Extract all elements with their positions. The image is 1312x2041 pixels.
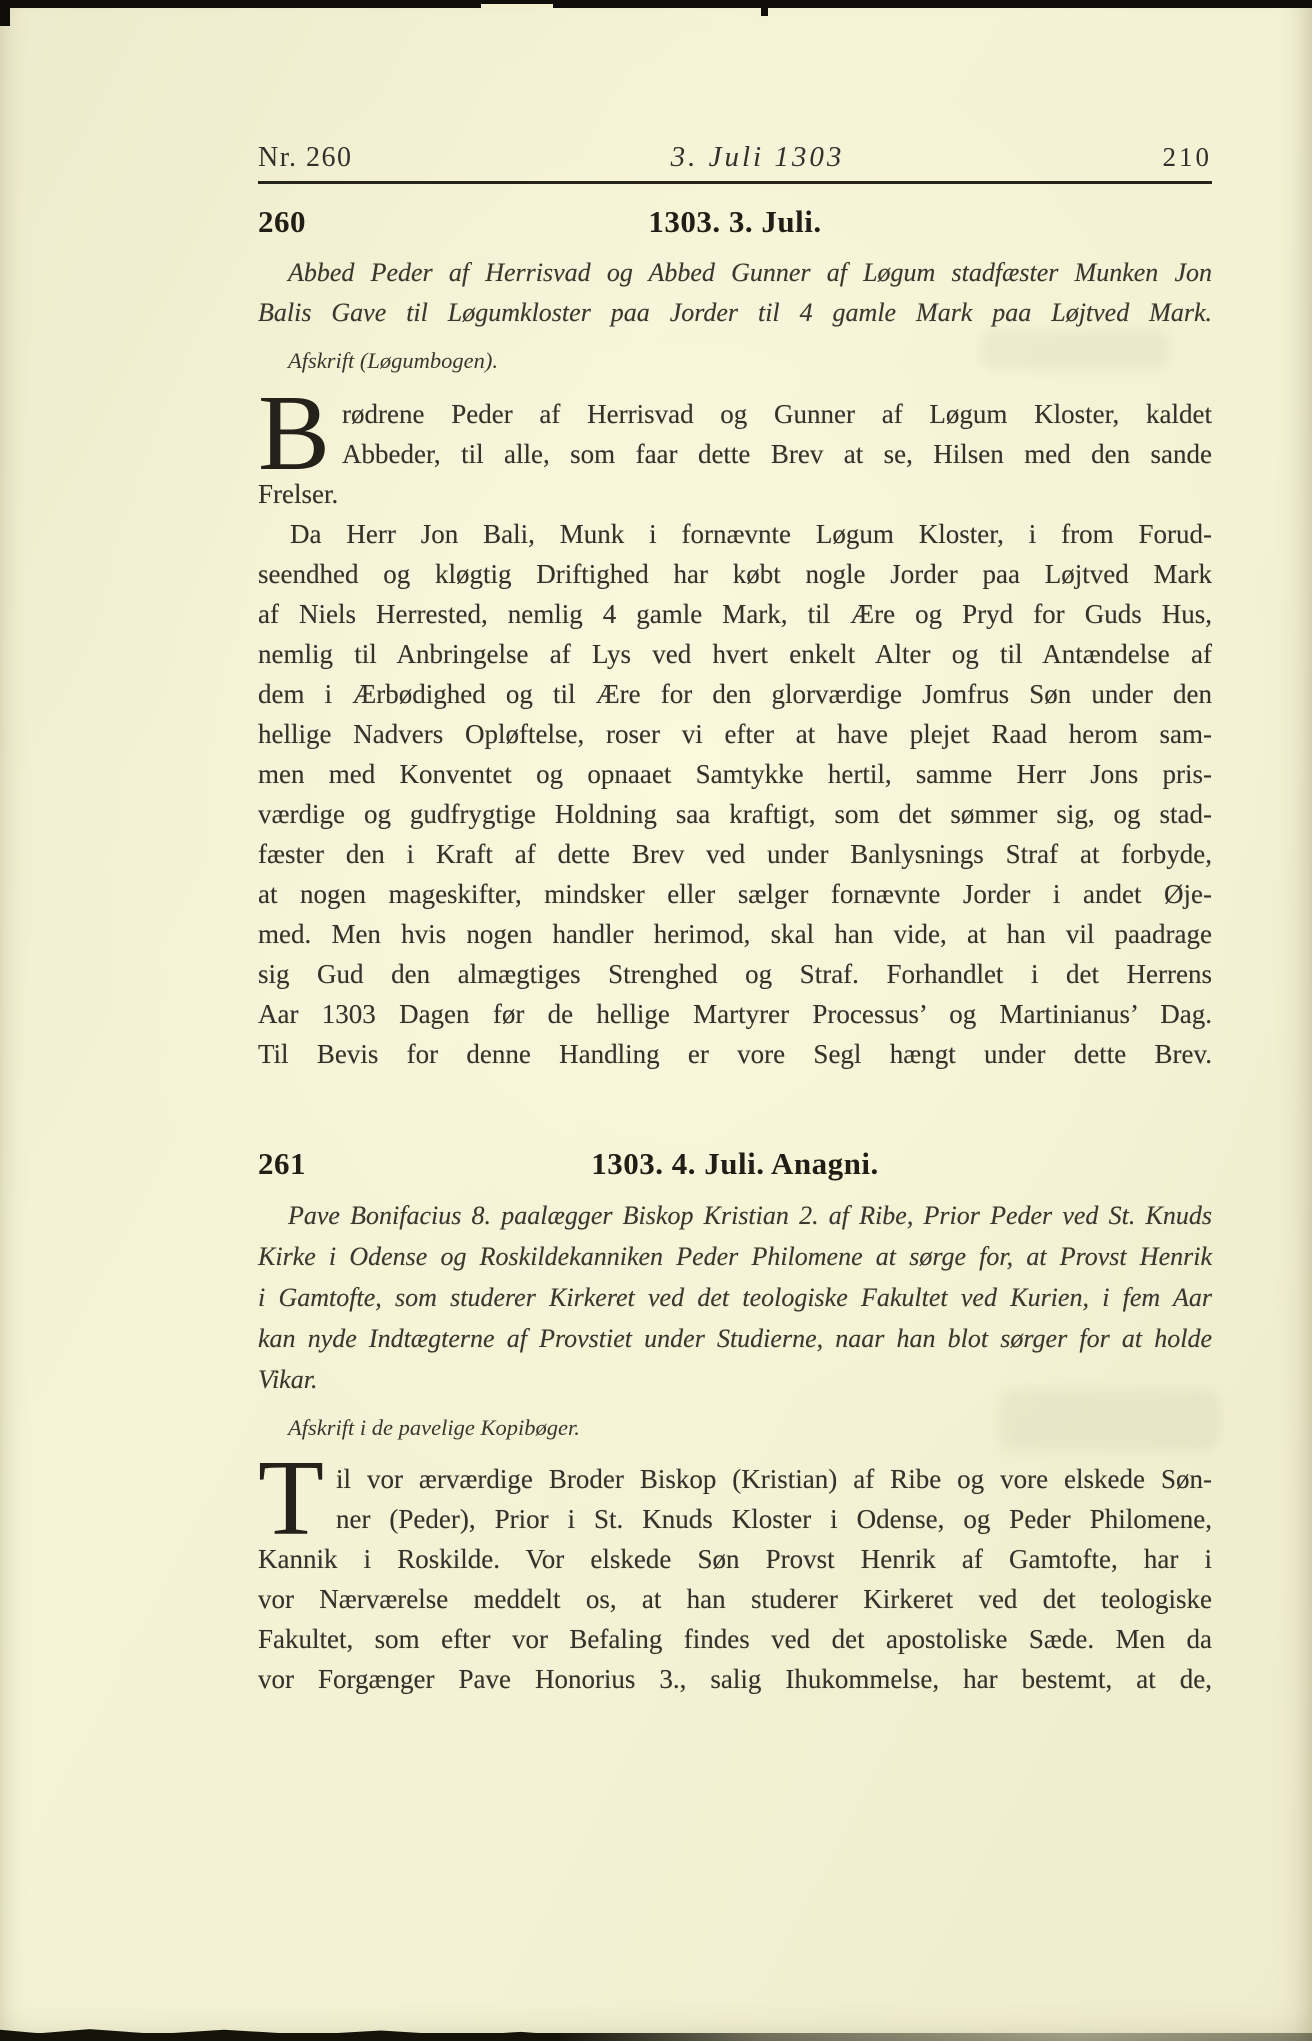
text-line: vor Nærværelse meddelt os, at han studer… [258,1579,1212,1619]
text-line: ner (Peder), Prior i St. Knuds Kloster i… [258,1499,1212,1539]
header-rule [258,181,1212,184]
text-line: Vikar. [258,1359,1212,1400]
running-header: Nr. 260 3. Juli 1303 210 [258,0,1212,174]
entry-260-source-note: Afskrift (Løgumbogen). [258,346,1212,376]
scan-edge-bottom [0,2033,1312,2041]
entry-261: 261 1303. 4. Juli. Anagni. Pave Bonifaci… [258,1146,1212,1699]
running-header-entry-number: Nr. 260 [258,142,353,174]
drop-cap-t: T [258,1459,324,1539]
entry-260-heading: 260 1303. 3. Juli. [258,204,1212,240]
text-line: i Gamtofte, som studerer Kirkeret ved de… [258,1277,1212,1318]
text-line: Frelser. [258,474,1212,514]
paragraph-text: rødrene Peder af Herrisvad og Gunner af … [258,394,1212,514]
text-line: fæster den i Kraft af dette Brev ved und… [258,834,1212,874]
scan-edge-corner [0,0,10,26]
text-line: af Niels Herrested, nemlig 4 gamle Mark,… [258,594,1212,634]
entry-260: 260 1303. 3. Juli. Abbed Peder af Herris… [258,204,1212,1074]
text-line: kan nyde Indtægterne af Provstiet under … [258,1318,1212,1359]
book-page: Nr. 260 3. Juli 1303 210 260 1303. 3. Ju… [0,0,1312,2041]
entry-260-paragraph-2: Da Herr Jon Bali, Munk i fornævnte Løgum… [258,514,1212,1074]
text-line: Abbed Peder af Herrisvad og Abbed Gunner… [258,253,1212,293]
drop-cap-b: B [258,394,330,474]
text-line: vor Forgænger Pave Honorius 3., salig Ih… [258,1659,1212,1699]
text-line: at nogen mageskifter, mindsker eller sæl… [258,874,1212,914]
entry-261-source-note: Afskrift i de pavelige Kopibøger. [258,1413,1212,1443]
running-header-date: 3. Juli 1303 [671,141,845,174]
entry-261-heading: 261 1303. 4. Juli. Anagni. [258,1146,1212,1182]
text-line: værdige og gudfrygtige Holdning saa kraf… [258,794,1212,834]
text-line: Da Herr Jon Bali, Munk i fornævnte Løgum… [258,514,1212,554]
entry-261-paragraph-1: T il vor ærværdige Broder Biskop (Kristi… [258,1459,1212,1699]
entry-260-paragraph-1: B rødrene Peder af Herrisvad og Gunner a… [258,394,1212,514]
text-line: Aar 1303 Dagen før de hellige Martyrer P… [258,994,1212,1034]
text-line: dem i Ærbødighed og til Ære for den glor… [258,674,1212,714]
text-line: men med Konventet og opnaaet Samtykke he… [258,754,1212,794]
text-line: Pave Bonifacius 8. paalægger Biskop Kris… [258,1195,1212,1236]
text-line: Balis Gave til Løgumkloster paa Jorder t… [258,293,1212,333]
page-number: 210 [1163,142,1213,173]
text-line: Abbeder, til alle, som faar dette Brev a… [258,434,1212,474]
page-content: Nr. 260 3. Juli 1303 210 260 1303. 3. Ju… [258,0,1212,1699]
text-line: Kannik i Roskilde. Vor elskede Søn Provs… [258,1539,1212,1579]
text-line: Til Bevis for denne Handling er vore Seg… [258,1034,1212,1074]
entry-260-summary: Abbed Peder af Herrisvad og Abbed Gunner… [258,253,1212,333]
text-line: il vor ærværdige Broder Biskop (Kristian… [258,1459,1212,1499]
entry-261-date: 1303. 4. Juli. Anagni. [591,1146,879,1181]
text-line: sig Gud den almægtiges Strenghed og Stra… [258,954,1212,994]
entry-260-number: 260 [258,204,306,240]
text-line: hellige Nadvers Opløftelse, roser vi eft… [258,714,1212,754]
text-line: seendhed og kløgtig Driftighed har købt … [258,554,1212,594]
entry-261-number: 261 [258,1146,306,1182]
entry-261-summary: Pave Bonifacius 8. paalægger Biskop Kris… [258,1195,1212,1400]
text-line: Fakultet, som efter vor Befaling findes … [258,1619,1212,1659]
entry-260-date: 1303. 3. Juli. [648,204,821,239]
text-line: med. Men hvis nogen handler herimod, ska… [258,914,1212,954]
text-line: rødrene Peder af Herrisvad og Gunner af … [258,394,1212,434]
text-line: nemlig til Anbringelse af Lys ved hvert … [258,634,1212,674]
text-line: Kirke i Odense og Roskildekanniken Peder… [258,1236,1212,1277]
paragraph-text: il vor ærværdige Broder Biskop (Kristian… [258,1459,1212,1699]
